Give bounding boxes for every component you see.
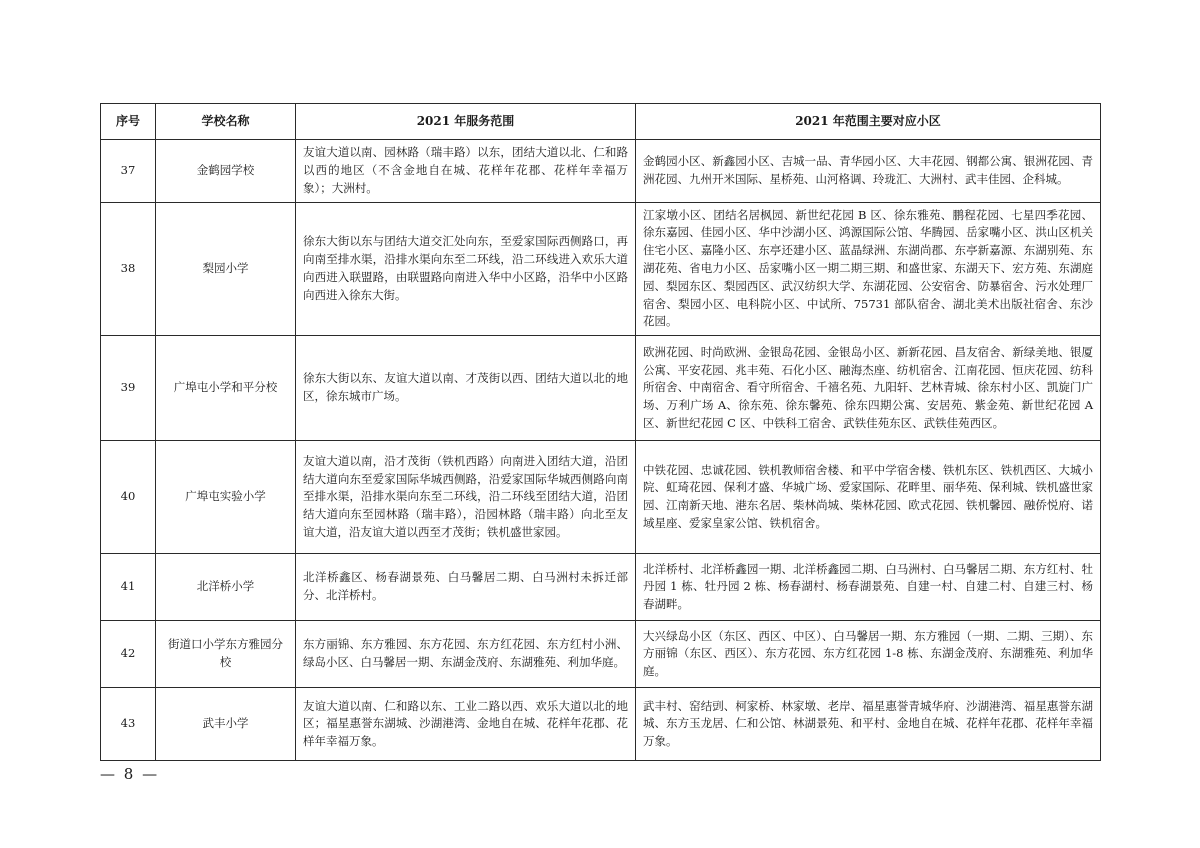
table-row: 42 街道口小学东方雅园分校 东方丽锦、东方雅园、东方花园、东方红花园、东方红村… (101, 621, 1101, 688)
table-row: 43 武丰小学 友谊大道以南、仁和路以东、工业二路以西、欢乐大道以北的地区；福星… (101, 688, 1101, 761)
document-page: 序号 学校名称 2021 年服务范围 2021 年范围主要对应小区 37 金鹤园… (0, 0, 1200, 848)
communities-cell: 中铁花园、忠诚花园、铁机教师宿舍楼、和平中学宿舍楼、铁机东区、铁机西区、大城小院… (636, 441, 1101, 554)
row-index-cell: 43 (101, 688, 156, 761)
table-row: 40 广埠屯实验小学 友谊大道以南，沿才茂街（铁机西路）向南进入团结大道，沿团结… (101, 441, 1101, 554)
school-name-cell: 街道口小学东方雅园分校 (156, 621, 296, 688)
header-index: 序号 (101, 104, 156, 140)
row-index-cell: 42 (101, 621, 156, 688)
row-index-cell: 39 (101, 336, 156, 441)
school-service-range-table: 序号 学校名称 2021 年服务范围 2021 年范围主要对应小区 37 金鹤园… (100, 103, 1101, 761)
school-name-cell: 广埠屯实验小学 (156, 441, 296, 554)
service-range-cell: 友谊大道以南，沿才茂街（铁机西路）向南进入团结大道，沿团结大道向东至爱家国际华城… (296, 441, 636, 554)
communities-cell: 江家墩小区、团结名居枫园、新世纪花园 B 区、徐东雅苑、鹏程花园、七星四季花园、… (636, 202, 1101, 336)
table-row: 37 金鹤园学校 友谊大道以南、园林路（瑞丰路）以东，团结大道以北、仁和路以西的… (101, 139, 1101, 202)
service-range-cell: 东方丽锦、东方雅园、东方花园、东方红花园、东方红村小洲、绿岛小区、白马馨居一期、… (296, 621, 636, 688)
table-row: 38 梨园小学 徐东大街以东与团结大道交汇处向东，至爱家国际西侧路口，再向南至排… (101, 202, 1101, 336)
service-range-cell: 北洋桥鑫区、杨春湖景苑、白马馨居二期、白马洲村未拆迁部分、北洋桥村。 (296, 554, 636, 621)
service-range-cell: 友谊大道以南、仁和路以东、工业二路以西、欢乐大道以北的地区；福星惠誉东湖城、沙湖… (296, 688, 636, 761)
table-row: 41 北洋桥小学 北洋桥鑫区、杨春湖景苑、白马馨居二期、白马洲村未拆迁部分、北洋… (101, 554, 1101, 621)
row-index-cell: 41 (101, 554, 156, 621)
header-communities: 2021 年范围主要对应小区 (636, 104, 1101, 140)
communities-cell: 大兴绿岛小区（东区、西区、中区）、白马馨居一期、东方雅园（一期、二期、三期）、东… (636, 621, 1101, 688)
service-range-cell: 徐东大街以东、友谊大道以南、才茂街以西、团结大道以北的地区，徐东城市广场。 (296, 336, 636, 441)
service-range-cell: 友谊大道以南、园林路（瑞丰路）以东，团结大道以北、仁和路以西的地区（不含金地自在… (296, 139, 636, 202)
header-school-name: 学校名称 (156, 104, 296, 140)
school-name-cell: 北洋桥小学 (156, 554, 296, 621)
communities-cell: 武丰村、窑结剅、柯家桥、林家墩、老岸、福星惠誉青城华府、沙湖港湾、福星惠誉东湖城… (636, 688, 1101, 761)
communities-cell: 北洋桥村、北洋桥鑫园一期、北洋桥鑫园二期、白马洲村、白马馨居二期、东方红村、牡丹… (636, 554, 1101, 621)
school-name-cell: 梨园小学 (156, 202, 296, 336)
table-header-row: 序号 学校名称 2021 年服务范围 2021 年范围主要对应小区 (101, 104, 1101, 140)
communities-cell: 欧洲花园、时尚欧洲、金银岛花园、金银岛小区、新新花园、昌友宿舍、新绿美地、银厦公… (636, 336, 1101, 441)
communities-cell: 金鹤园小区、新鑫园小区、吉城一品、青华园小区、大丰花园、钢都公寓、银洲花园、青洲… (636, 139, 1101, 202)
school-name-cell: 武丰小学 (156, 688, 296, 761)
row-index-cell: 40 (101, 441, 156, 554)
header-service-range: 2021 年服务范围 (296, 104, 636, 140)
row-index-cell: 38 (101, 202, 156, 336)
school-name-cell: 金鹤园学校 (156, 139, 296, 202)
table-row: 39 广埠屯小学和平分校 徐东大街以东、友谊大道以南、才茂街以西、团结大道以北的… (101, 336, 1101, 441)
school-name-cell: 广埠屯小学和平分校 (156, 336, 296, 441)
page-number: — 8 — (100, 765, 159, 783)
service-range-cell: 徐东大街以东与团结大道交汇处向东，至爱家国际西侧路口，再向南至排水渠，沿排水渠向… (296, 202, 636, 336)
row-index-cell: 37 (101, 139, 156, 202)
